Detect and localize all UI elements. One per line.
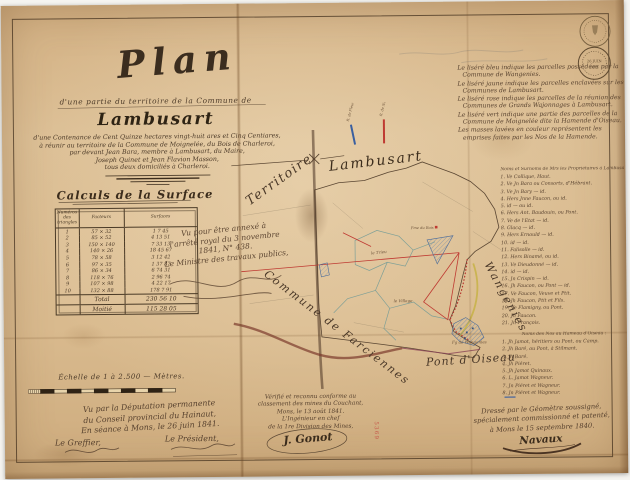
label-wangenies: Wangenies [482, 260, 531, 335]
col-header-numeros: Numéros des triangles [56, 209, 79, 228]
col-header-facteurs: Facteurs [79, 209, 124, 228]
label-farm: Fme du Bois [410, 226, 434, 230]
label-commune-farciennes: Commune de Farciennes [262, 268, 413, 388]
label-territoire: Territoire [243, 151, 315, 209]
label-lambusart: Lambusart [327, 148, 424, 175]
chaussee-road [313, 130, 322, 389]
pencil-scribbles [399, 50, 547, 64]
scanned-map-photo: Plan d'une partie du territoire de la Co… [0, 0, 630, 480]
col-header-surfaces: Surfaces [124, 208, 197, 228]
engineer-certification: Vérifié et reconnu conforme auclassement… [250, 393, 370, 431]
engineer-line: de la 1re Division des Mines, [251, 423, 371, 432]
embossed-seal-stamp [580, 16, 610, 46]
half-value: 115 28 05 [125, 304, 198, 314]
legend-line: Le liséré bleu indique les parcelles pos… [457, 63, 625, 79]
greffier-signature-flourish [65, 448, 119, 453]
surveyor-attestation: Dressé par le Géomètre soussigné,spécial… [456, 401, 627, 437]
surveyor-signature: Navaux [510, 432, 573, 448]
scale-label: Échelle de 1 à 2.500 — Mètres. [58, 372, 184, 381]
president-signature-flourish [171, 444, 237, 457]
paper-stain [62, 323, 106, 349]
scale-bar [28, 388, 175, 393]
engineer-signature: J. Gonot [273, 429, 344, 448]
total-value: 230 56 10 [125, 294, 198, 305]
paper-sheet: Plan d'une partie du territoire de la Co… [1, 0, 629, 479]
legend-line: Le liséré jaune indique les parcelles en… [457, 79, 625, 95]
title-divider-flourish [105, 175, 210, 185]
surface-table-title: Calculs de la Surface [56, 187, 213, 203]
fold-crease-horizontal [5, 453, 628, 462]
greffier-label: Le Greffier, [55, 438, 101, 447]
label-trieu: le Trieu [371, 249, 388, 256]
label-fg-wangenies: Fg de Wangenies [451, 339, 487, 344]
president-label: Le Président, [165, 434, 219, 444]
total-label: Total [80, 295, 125, 305]
surface-table-half-row: Moitié 115 28 05 [57, 304, 198, 315]
farm-mark-red [435, 226, 438, 229]
label-pont-oiseau: Pont d'Oiseau [425, 350, 517, 369]
paper-edge-shadow-bottom [5, 466, 628, 479]
cadastral-map-drawing: Territoire Lambusart Commune de Farcienn… [224, 101, 532, 396]
map-title: Plan [86, 31, 269, 89]
label-route-red: R. de Namur [379, 101, 389, 118]
deputation-certification: Vu par la Députation permanentedu Consei… [50, 396, 249, 438]
label-village: le Village [394, 298, 414, 303]
label-route-blue: R. de Fleurus [346, 101, 356, 123]
surface-table-header: Numéros des triangles Facteurs Surfaces [56, 208, 197, 228]
route-tick-blue [351, 125, 355, 145]
half-label: Moitié [80, 305, 125, 315]
archive-number: 5369 [373, 421, 379, 440]
pencil-parcel-lines [242, 181, 503, 333]
